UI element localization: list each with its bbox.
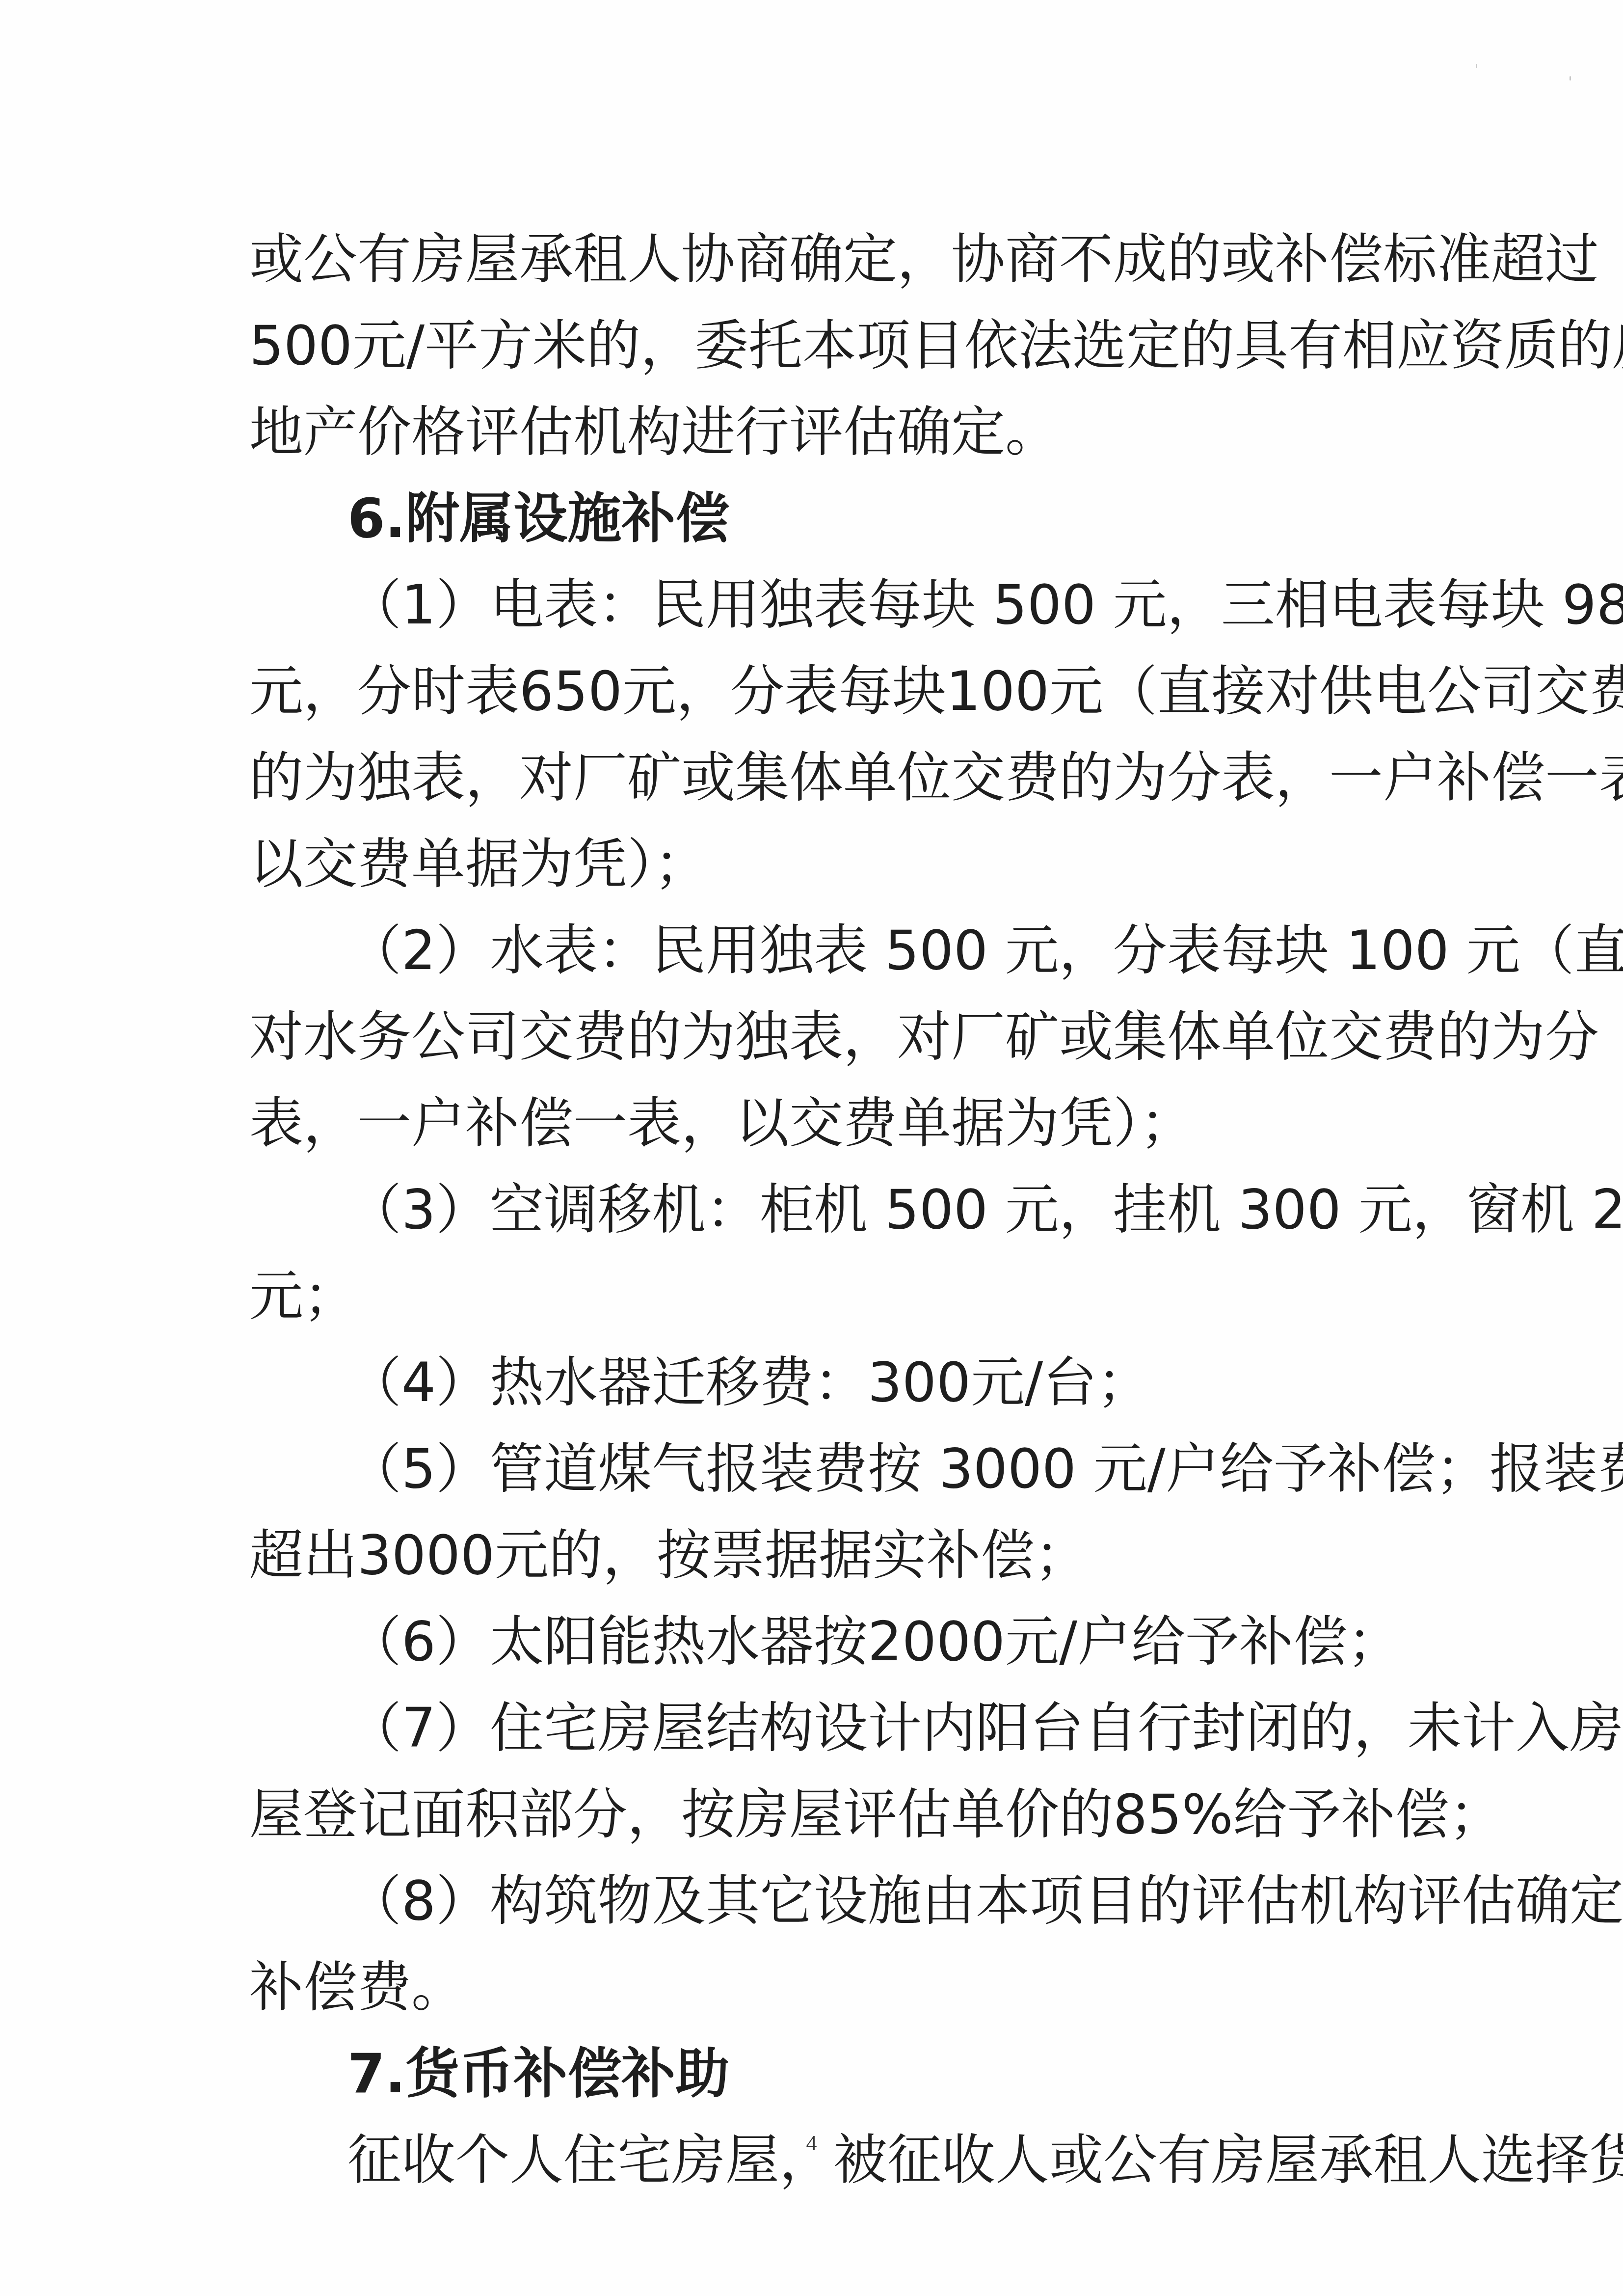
- section-heading-6: 6.附属设施补偿: [249, 475, 1388, 562]
- paragraph-line: 对水务公司交费的为独表，对厂矿或集体单位交费的为分: [249, 994, 1388, 1080]
- paragraph-line: 超出3000元的，按票据据实补偿；: [249, 1512, 1388, 1598]
- page-number: 4: [0, 2131, 1623, 2156]
- paragraph-line: 地产价格评估机构进行评估确定。: [249, 389, 1388, 475]
- scan-speck: [1570, 76, 1571, 81]
- section-heading-7: 7.货币补偿补助: [249, 2030, 1388, 2117]
- paragraph-line: 补偿费。: [249, 1944, 1388, 2030]
- list-item-5-gas-pipeline: （5）管道煤气报装费按 3000 元/户给予补偿；报装费: [249, 1426, 1388, 1512]
- list-item-7-balcony: （7）住宅房屋结构设计内阳台自行封闭的，未计入房: [249, 1685, 1388, 1771]
- list-item-4-water-heater: （4）热水器迁移费：300元/台；: [249, 1339, 1388, 1426]
- paragraph-line: 表，一户补偿一表，以交费单据为凭）；: [249, 1080, 1388, 1166]
- paragraph-line: 的为独表，对厂矿或集体单位交费的为分表，一户补偿一表，: [249, 734, 1388, 821]
- paragraph-line: 元；: [249, 1253, 1388, 1339]
- document-page: 或公有房屋承租人协商确定，协商不成的或补偿标准超过 500元/平方米的，委托本项…: [0, 0, 1623, 2296]
- paragraph-line: 征收个人住宅房屋，被征收人或公有房屋承租人选择货: [249, 2117, 1388, 2203]
- paragraph-line: 元，分时表650元，分表每块100元（直接对供电公司交费: [249, 648, 1388, 734]
- list-item-6-solar-heater: （6）太阳能热水器按2000元/户给予补偿；: [249, 1598, 1388, 1685]
- paragraph-line: 以交费单据为凭）；: [249, 821, 1388, 907]
- list-item-8-structures: （8）构筑物及其它设施由本项目的评估机构评估确定: [249, 1858, 1388, 1944]
- paragraph-line: 屋登记面积部分，按房屋评估单价的85%给予补偿；: [249, 1771, 1388, 1858]
- paragraph-line: 或公有房屋承租人协商确定，协商不成的或补偿标准超过: [249, 216, 1388, 302]
- scan-speck: [1476, 64, 1477, 68]
- document-body: 或公有房屋承租人协商确定，协商不成的或补偿标准超过 500元/平方米的，委托本项…: [249, 216, 1388, 2203]
- paragraph-line: 500元/平方米的，委托本项目依法选定的具有相应资质的房: [249, 302, 1388, 389]
- list-item-3-air-conditioner: （3）空调移机：柜机 500 元，挂机 300 元，窗机 200: [249, 1166, 1388, 1253]
- list-item-1-electric-meter: （1）电表：民用独表每块 500 元，三相电表每块 980: [249, 562, 1388, 648]
- list-item-2-water-meter: （2）水表：民用独表 500 元，分表每块 100 元（直接: [249, 907, 1388, 994]
